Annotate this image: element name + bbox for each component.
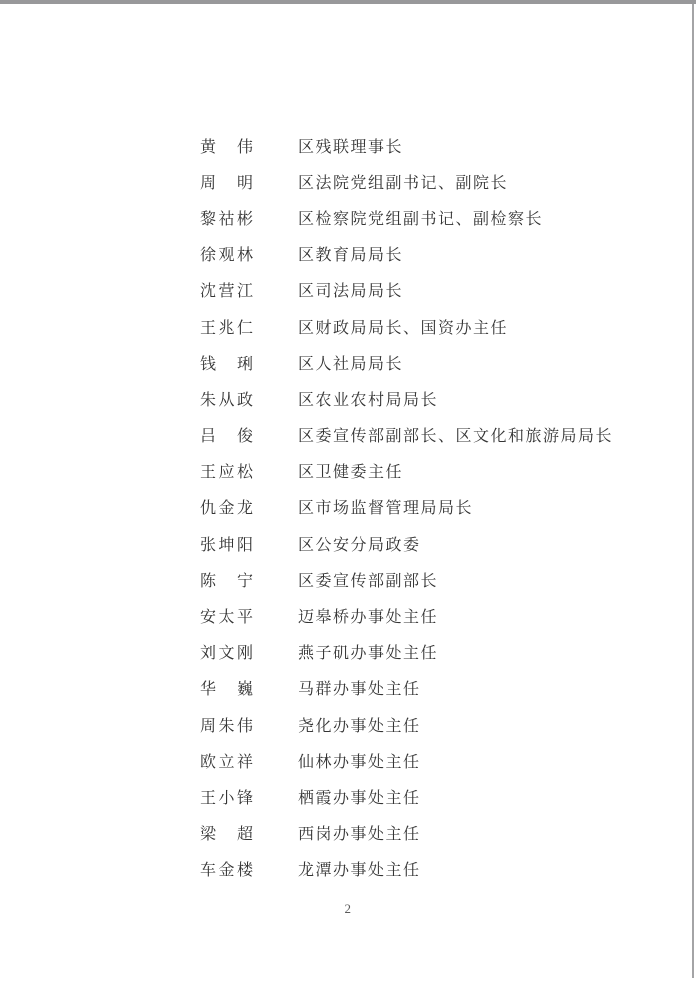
document-page: 黄 伟 区残联理事长 周 明 区法院党组副书记、副院长 黎祜彬 区检察院党组副书… (0, 0, 696, 982)
person-name: 黎祜彬 (200, 206, 253, 229)
roster-row: 徐观林 区教育局局长 (200, 236, 660, 272)
roster-row: 沈营江 区司法局局长 (200, 272, 660, 308)
roster-row: 朱从政 区农业农村局局长 (200, 380, 660, 416)
page-number: 2 (0, 901, 696, 917)
roster-row: 黎祜彬 区检察院党组副书记、副检察长 (200, 199, 660, 235)
person-name: 朱从政 (200, 387, 253, 410)
roster-row: 华 巍 马群办事处主任 (200, 670, 660, 706)
roster-row: 周 明 区法院党组副书记、副院长 (200, 163, 660, 199)
roster-row: 周朱伟 尧化办事处主任 (200, 706, 660, 742)
person-name: 王小锋 (200, 785, 253, 808)
person-title: 栖霞办事处主任 (298, 785, 421, 808)
person-name: 刘文刚 (200, 640, 253, 663)
person-title: 马群办事处主任 (298, 676, 421, 699)
person-title: 区委宣传部副部长 (298, 568, 438, 591)
person-title: 西岗办事处主任 (298, 821, 421, 844)
roster-list: 黄 伟 区残联理事长 周 明 区法院党组副书记、副院长 黎祜彬 区检察院党组副书… (200, 127, 660, 887)
roster-row: 仇金龙 区市场监督管理局局长 (200, 489, 660, 525)
person-title: 区司法局局长 (298, 278, 403, 301)
person-name: 黄 伟 (200, 134, 253, 157)
person-name: 沈营江 (200, 278, 253, 301)
person-title: 燕子矶办事处主任 (298, 640, 438, 663)
person-title: 区法院党组副书记、副院长 (298, 170, 508, 193)
person-name: 周 明 (200, 170, 253, 193)
person-name: 吕 俊 (200, 423, 253, 446)
roster-row: 钱 琍 区人社局局长 (200, 344, 660, 380)
roster-row: 欧立祥 仙林办事处主任 (200, 742, 660, 778)
roster-row: 安太平 迈皋桥办事处主任 (200, 597, 660, 633)
person-title: 区委宣传部副部长、区文化和旅游局局长 (298, 423, 613, 446)
person-title: 区残联理事长 (298, 134, 403, 157)
person-name: 华 巍 (200, 676, 253, 699)
person-title: 区检察院党组副书记、副检察长 (298, 206, 543, 229)
scan-edge-top (0, 0, 696, 4)
person-name: 徐观林 (200, 242, 253, 265)
roster-row: 刘文刚 燕子矶办事处主任 (200, 634, 660, 670)
roster-row: 王应松 区卫健委主任 (200, 453, 660, 489)
person-name: 周朱伟 (200, 713, 253, 736)
person-title: 区农业农村局局长 (298, 387, 438, 410)
roster-row: 梁 超 西岗办事处主任 (200, 815, 660, 851)
person-title: 迈皋桥办事处主任 (298, 604, 438, 627)
person-name: 车金楼 (200, 857, 253, 880)
roster-row: 张坤阳 区公安分局政委 (200, 525, 660, 561)
person-name: 仇金龙 (200, 495, 253, 518)
person-name: 欧立祥 (200, 749, 253, 772)
scan-edge-right (692, 4, 694, 978)
person-title: 区人社局局长 (298, 351, 403, 374)
person-name: 梁 超 (200, 821, 253, 844)
roster-row: 吕 俊 区委宣传部副部长、区文化和旅游局局长 (200, 417, 660, 453)
person-title: 区财政局局长、国资办主任 (298, 315, 508, 338)
roster-row: 王小锋 栖霞办事处主任 (200, 778, 660, 814)
roster-row: 黄 伟 区残联理事长 (200, 127, 660, 163)
person-title: 龙潭办事处主任 (298, 857, 421, 880)
person-title: 区教育局局长 (298, 242, 403, 265)
person-name: 钱 琍 (200, 351, 253, 374)
person-title: 仙林办事处主任 (298, 749, 421, 772)
person-name: 陈 宁 (200, 568, 253, 591)
person-name: 安太平 (200, 604, 253, 627)
person-name: 王兆仁 (200, 315, 253, 338)
roster-row: 车金楼 龙潭办事处主任 (200, 851, 660, 887)
person-title: 尧化办事处主任 (298, 713, 421, 736)
person-name: 王应松 (200, 459, 253, 482)
roster-row: 王兆仁 区财政局局长、国资办主任 (200, 308, 660, 344)
person-title: 区市场监督管理局局长 (298, 495, 473, 518)
roster-row: 陈 宁 区委宣传部副部长 (200, 561, 660, 597)
person-name: 张坤阳 (200, 532, 253, 555)
person-title: 区卫健委主任 (298, 459, 403, 482)
person-title: 区公安分局政委 (298, 532, 421, 555)
